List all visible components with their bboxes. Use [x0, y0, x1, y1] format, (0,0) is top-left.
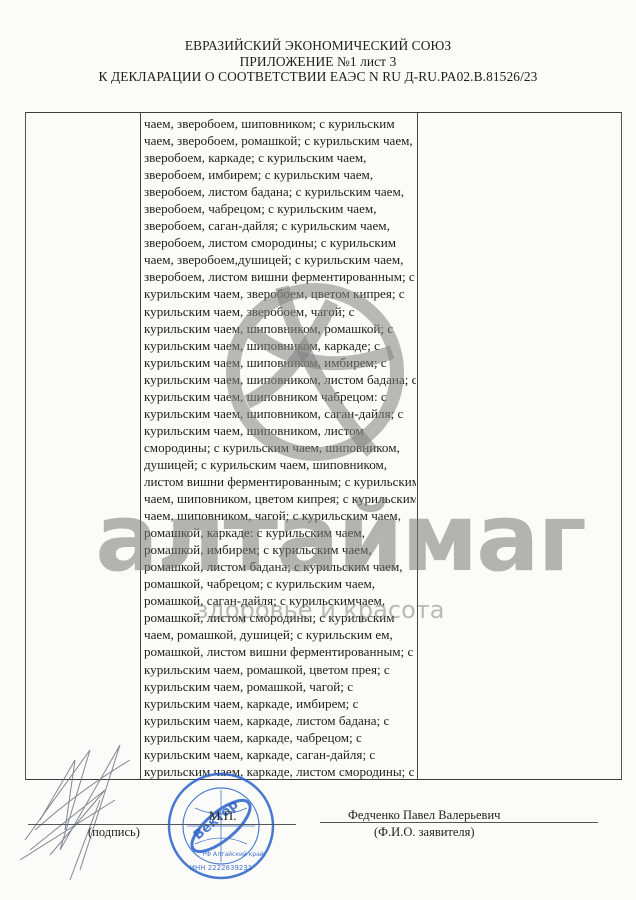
- description-line: курильским чаем, шиповником, каркаде; с: [144, 337, 416, 354]
- applicant-name-label: (Ф.И.О. заявителя): [374, 825, 475, 840]
- description-line: смородины; с курильским чаем, шиповником…: [144, 439, 416, 456]
- declaration-table: чаем, зверобоем, шиповником; с курильски…: [25, 112, 622, 780]
- description-line: курильским чаем, шиповником чабрецом: с: [144, 388, 416, 405]
- description-line: курильским чаем, каркаде, листом бадана;…: [144, 712, 416, 729]
- signature-line: [28, 824, 296, 825]
- description-line: курильским чаем, шиповником, листом бада…: [144, 371, 416, 388]
- svg-text:РФ Алтайский край: РФ Алтайский край: [202, 851, 263, 858]
- description-line: ромашкой, чабрецом; с курильским чаем,: [144, 575, 416, 592]
- description-line: зверобоем, листом смородины; с курильски…: [144, 234, 416, 251]
- product-description-cell: чаем, зверобоем, шиповником; с курильски…: [144, 115, 416, 779]
- description-line: чаем, шиповником, цветом кипрея; с курил…: [144, 490, 416, 507]
- description-line: курильским чаем, зверобоем, цветом кипре…: [144, 285, 416, 302]
- description-line: курильским чаем, ромашкой, чагой; с: [144, 678, 416, 695]
- document-header: ЕВРАЗИЙСКИЙ ЭКОНОМИЧЕСКИЙ СОЮЗ ПРИЛОЖЕНИ…: [0, 38, 636, 85]
- description-line: курильским чаем, шиповником, ромашкой; с: [144, 320, 416, 337]
- description-line: курильским чаем, каркаде, листом смороди…: [144, 763, 416, 779]
- description-line: курильским чаем, каркаде, саган-дайля; с: [144, 746, 416, 763]
- description-line: душицей; с курильским чаем, шиповником,: [144, 456, 416, 473]
- description-line: курильским чаем, каркаде, имбирем; с: [144, 695, 416, 712]
- description-line: листом вишни ферментированным; с курильс…: [144, 473, 416, 490]
- header-declaration-number: К ДЕКЛАРАЦИИ О СООТВЕТСТВИИ ЕАЭС N RU Д-…: [0, 69, 636, 85]
- description-line: ромашкой, саган-дайля; с курильскимчаем,: [144, 592, 416, 609]
- svg-text:ИНН 2222839231: ИНН 2222839231: [190, 864, 253, 872]
- description-line: курильским чаем, каркаде, чабрецом; с: [144, 729, 416, 746]
- description-line: зверобоем, каркаде; с курильским чаем,: [144, 149, 416, 166]
- description-line: курильским чаем, зверобоем, чагой; с: [144, 303, 416, 320]
- header-appendix-title: ПРИЛОЖЕНИЕ №1 лист 3: [0, 54, 636, 70]
- description-line: курильским чаем, ромашкой, цветом прея; …: [144, 661, 416, 678]
- description-line: чаем, зверобоем, шиповником; с курильски…: [144, 115, 416, 132]
- description-line: курильским чаем, шиповником, имбирем; с: [144, 354, 416, 371]
- description-line: чаем, зверобоем, ромашкой; с курильским …: [144, 132, 416, 149]
- description-line: курильским чаем, шиповником, листом: [144, 422, 416, 439]
- description-line: зверобоем, саган-дайля; с курильским чае…: [144, 217, 416, 234]
- header-union-title: ЕВРАЗИЙСКИЙ ЭКОНОМИЧЕСКИЙ СОЮЗ: [0, 38, 636, 54]
- description-line: ромашкой, имбирем; с курильским чаем,: [144, 541, 416, 558]
- description-line: зверобоем, листом вишни ферментированным…: [144, 268, 416, 285]
- description-line: ромашкой, листом вишни ферментированным;…: [144, 643, 416, 660]
- description-line: зверобоем, чабрецом; с курильским чаем,: [144, 200, 416, 217]
- description-line: чаем, зверобоем,душицей; с курильским ча…: [144, 251, 416, 268]
- description-line: ромашкой, листом смородины; с курильским: [144, 609, 416, 626]
- company-seal-icon: Вектор ИНН 2222839231 РФ Алтайский край: [157, 770, 285, 882]
- description-line: чаем, шиповником, чагой; с курильским ча…: [144, 507, 416, 524]
- column-divider: [417, 113, 418, 779]
- description-line: зверобоем, имбирем; с курильским чаем,: [144, 166, 416, 183]
- description-line: чаем, ромашкой, душицей; с курильским ем…: [144, 626, 416, 643]
- seal-place-label: М.П.: [209, 808, 236, 824]
- applicant-name: Федченко Павел Валерьевич: [348, 808, 500, 823]
- description-line: зверобоем, листом бадана; с курильским ч…: [144, 183, 416, 200]
- column-divider: [140, 113, 141, 779]
- description-line: ромашкой, каркаде: с курильским чаем,: [144, 524, 416, 541]
- signature-label: (подпись): [88, 825, 140, 840]
- description-line: ромашкой, листом бадана; с курильским ча…: [144, 558, 416, 575]
- description-line: курильским чаем, шиповником, саган-дайля…: [144, 405, 416, 422]
